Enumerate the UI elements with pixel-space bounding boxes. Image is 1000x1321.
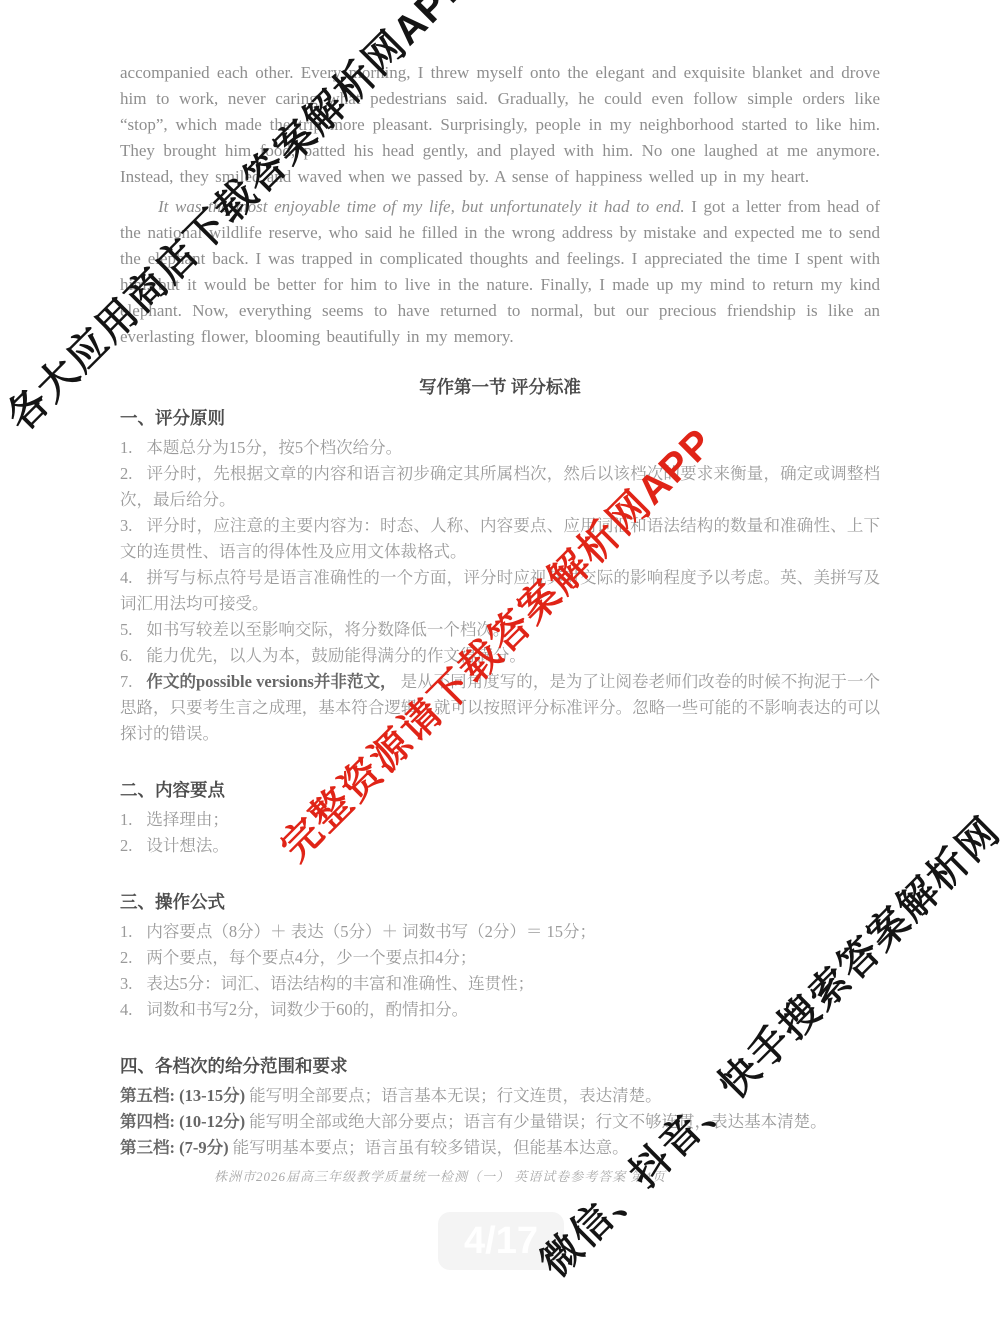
rubric-item: 第三档: (7-9分)能写明基本要点；语言虽有较多错误，但能基本达意。	[120, 1135, 880, 1161]
section-title: 三、操作公式	[120, 889, 880, 915]
item-number: 2.	[120, 836, 132, 855]
item-text: 评分时，先根据文章的内容和语言初步确定其所属档次，然后以该档次的要求来衡量，确定…	[120, 464, 880, 509]
rubric-item: 第四档: (10-12分)能写明全部或绝大部分要点；语言有少量错误；行文不够连贯…	[120, 1109, 880, 1135]
item-number: 4.	[120, 568, 132, 587]
item-number: 1.	[120, 438, 132, 457]
essay-paragraph-2-italic-lead: It was the most enjoyable time of my lif…	[158, 197, 685, 216]
section-grade-bands: 四、各档次的给分范围和要求 第五档: (13-15分)能写明全部要点；语言基本无…	[120, 1053, 880, 1161]
rubric-item: 2.评分时，先根据文章的内容和语言初步确定其所属档次，然后以该档次的要求来衡量，…	[120, 461, 880, 513]
rubric-heading: 写作第一节 评分标准	[120, 374, 880, 399]
item-text: 能写明全部或绝大部分要点；语言有少量错误；行文不够连贯，表达基本清楚。	[249, 1112, 827, 1131]
item-text: 表达5分：词汇、语法结构的丰富和准确性、连贯性；	[146, 974, 534, 993]
rubric-item: 3.表达5分：词汇、语法结构的丰富和准确性、连贯性；	[120, 971, 880, 997]
rubric-item: 1.选择理由；	[120, 807, 880, 833]
section-title: 二、内容要点	[120, 777, 880, 803]
page-indicator-badge: 4/17	[438, 1212, 564, 1270]
section-items: 第五档: (13-15分)能写明全部要点；语言基本无误；行文连贯，表达清楚。第四…	[120, 1083, 880, 1161]
rubric-item: 3.评分时，应注意的主要内容为：时态、人称、内容要点、应用词汇和语法结构的数量和…	[120, 513, 880, 565]
item-text: 拼写与标点符号是语言准确性的一个方面，评分时应视其对交际的影响程度予以考虑。英、…	[120, 568, 880, 613]
page-content: accompanied each other. Every morning, I…	[120, 60, 880, 1161]
item-text: 如书写较差以至影响交际，将分数降低一个档次。	[146, 620, 509, 639]
essay-paragraph-2-rest: I got a letter from head of the national…	[120, 197, 880, 346]
rubric-item: 1.本题总分为15分，按5个档次给分。	[120, 435, 880, 461]
essay-paragraph-2: It was the most enjoyable time of my lif…	[120, 194, 880, 350]
item-number: 2.	[120, 948, 132, 967]
item-bold-lead: 第五档: (13-15分)	[120, 1086, 245, 1105]
item-number: 4.	[120, 1000, 132, 1019]
section-scoring-principles: 一、评分原则 1.本题总分为15分，按5个档次给分。2.评分时，先根据文章的内容…	[120, 405, 880, 747]
item-number: 5.	[120, 620, 132, 639]
item-text: 选择理由；	[146, 810, 229, 829]
item-text: 能力优先，以人为本，鼓励能得满分的作文得满分。	[146, 646, 526, 665]
section-title: 一、评分原则	[120, 405, 880, 431]
item-text: 词数和书写2分，词数少于60的，酌情扣分。	[146, 1000, 468, 1019]
section-items: 1.内容要点（8分）＋ 表达（5分）＋ 词数书写（2分）＝ 15分；2.两个要点…	[120, 919, 880, 1023]
rubric-item: 4.拼写与标点符号是语言准确性的一个方面，评分时应视其对交际的影响程度予以考虑。…	[120, 565, 880, 617]
rubric-item: 7.作文的possible versions并非范文，是从不同角度写的，是为了让…	[120, 669, 880, 747]
item-text: 内容要点（8分）＋ 表达（5分）＋ 词数书写（2分）＝ 15分；	[146, 922, 596, 941]
item-text: 本题总分为15分，按5个档次给分。	[146, 438, 402, 457]
essay-paragraph-1: accompanied each other. Every morning, I…	[120, 60, 880, 190]
item-number: 2.	[120, 464, 132, 483]
item-bold-lead: 作文的possible versions并非范文，	[146, 672, 396, 691]
rubric-item: 5.如书写较差以至影响交际，将分数降低一个档次。	[120, 617, 880, 643]
item-number: 3.	[120, 974, 132, 993]
item-number: 1.	[120, 810, 132, 829]
rubric-item: 1.内容要点（8分）＋ 表达（5分）＋ 词数书写（2分）＝ 15分；	[120, 919, 880, 945]
item-number: 7.	[120, 672, 132, 691]
rubric-item: 4.词数和书写2分，词数少于60的，酌情扣分。	[120, 997, 880, 1023]
section-items: 1.选择理由；2.设计想法。	[120, 807, 880, 859]
section-operation-formula: 三、操作公式 1.内容要点（8分）＋ 表达（5分）＋ 词数书写（2分）＝ 15分…	[120, 889, 880, 1023]
section-content-points: 二、内容要点 1.选择理由；2.设计想法。	[120, 777, 880, 859]
item-text: 两个要点，每个要点4分，少一个要点扣4分；	[146, 948, 476, 967]
item-text: 评分时，应注意的主要内容为：时态、人称、内容要点、应用词汇和语法结构的数量和准确…	[120, 516, 880, 561]
section-items: 1.本题总分为15分，按5个档次给分。2.评分时，先根据文章的内容和语言初步确定…	[120, 435, 880, 747]
section-title: 四、各档次的给分范围和要求	[120, 1053, 880, 1079]
item-text: 能写明全部要点；语言基本无误；行文连贯，表达清楚。	[249, 1086, 662, 1105]
item-text: 能写明基本要点；语言虽有较多错误，但能基本达意。	[233, 1138, 629, 1157]
item-number: 6.	[120, 646, 132, 665]
rubric-item: 第五档: (13-15分)能写明全部要点；语言基本无误；行文连贯，表达清楚。	[120, 1083, 880, 1109]
rubric-item: 2.两个要点，每个要点4分，少一个要点扣4分；	[120, 945, 880, 971]
item-text: 设计想法。	[146, 836, 229, 855]
page-indicator-label: 4/17	[464, 1220, 538, 1263]
item-number: 1.	[120, 922, 132, 941]
essay-paragraph-1-text: accompanied each other. Every morning, I…	[120, 63, 880, 186]
item-bold-lead: 第四档: (10-12分)	[120, 1112, 245, 1131]
footer-text: 株洲市2026届高三年级教学质量统一检测（一） 英语试卷参考答案 第4页	[120, 1166, 760, 1185]
item-bold-lead: 第三档: (7-9分)	[120, 1138, 229, 1157]
rubric-item: 2.设计想法。	[120, 833, 880, 859]
item-number: 3.	[120, 516, 132, 535]
rubric-item: 6.能力优先，以人为本，鼓励能得满分的作文得满分。	[120, 643, 880, 669]
scanned-answer-page: accompanied each other. Every morning, I…	[0, 0, 1000, 1321]
